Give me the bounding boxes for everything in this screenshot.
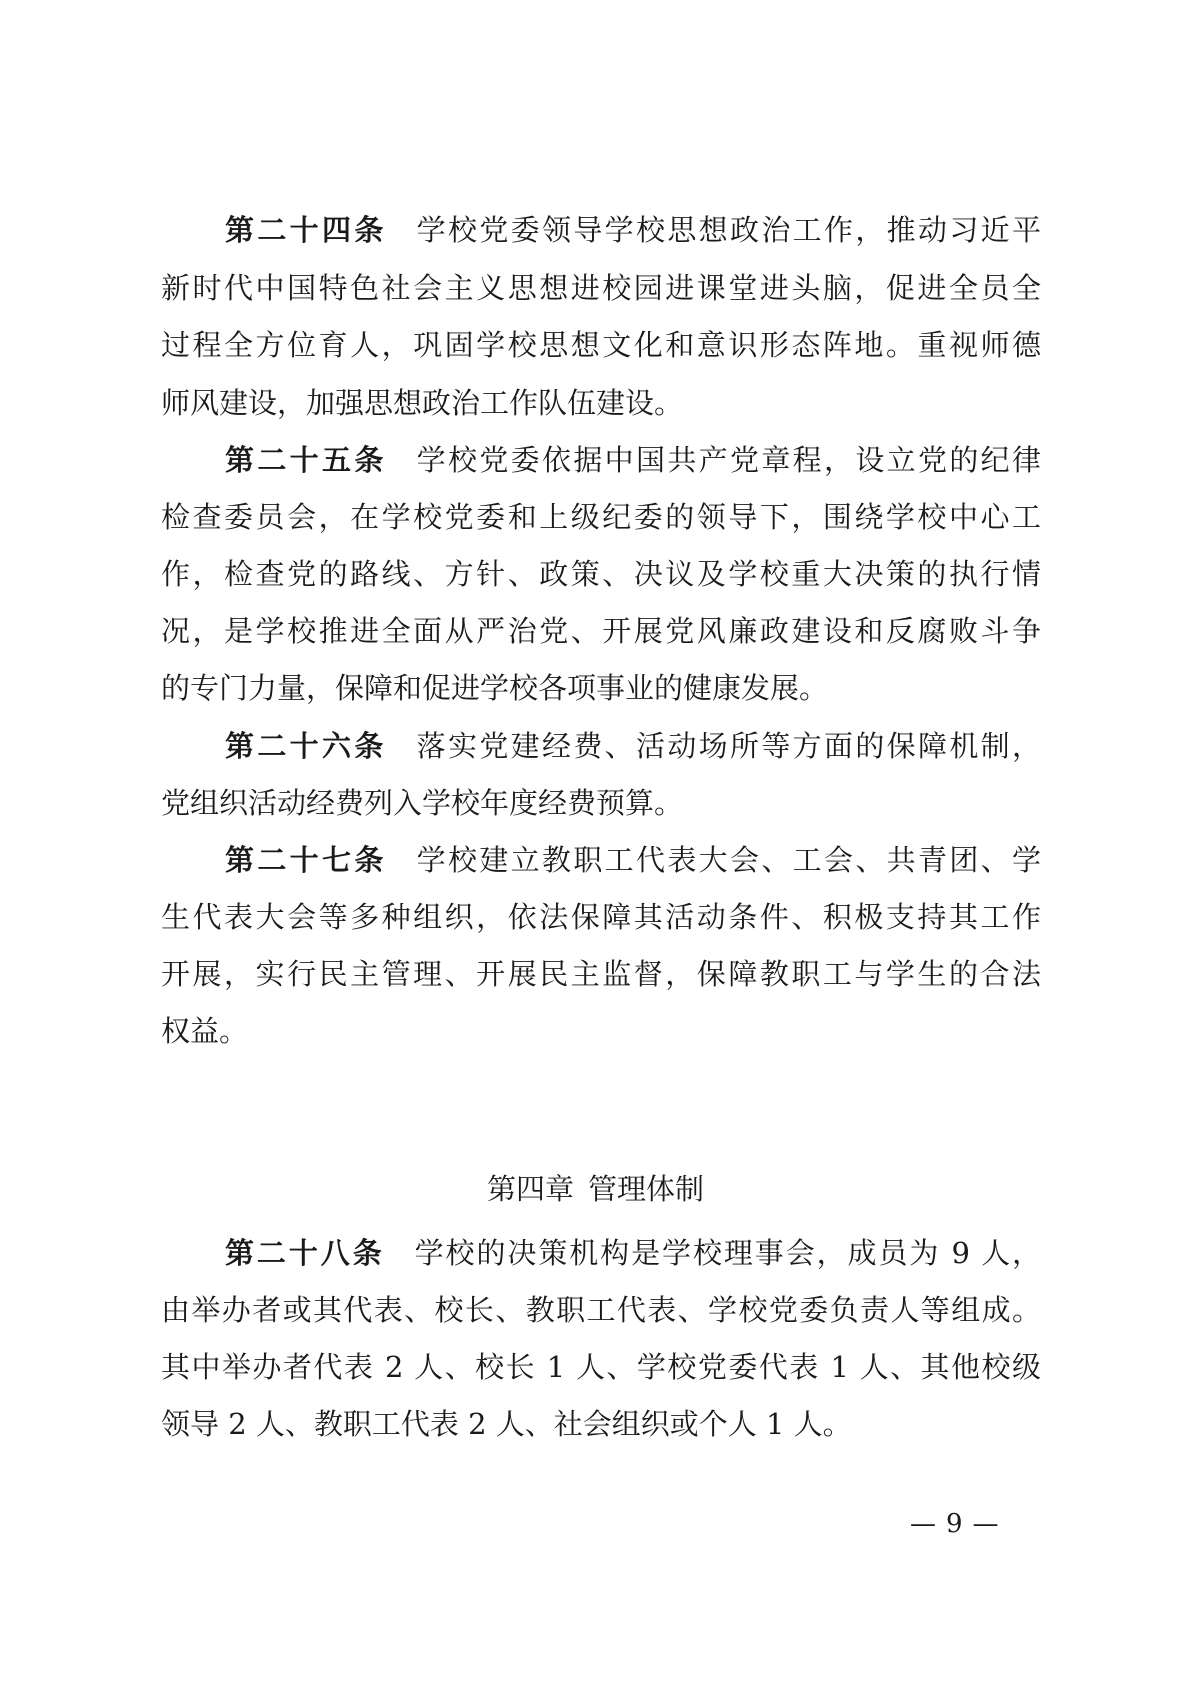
- article-heading: 第二十四条: [225, 213, 387, 247]
- page-number-dash-left: —: [910, 1509, 936, 1539]
- article-24-line-2: 新时代中国特色社会主义思想进校园进课堂进头脑，促进全员全: [161, 268, 1041, 308]
- article-heading: 第二十八条: [225, 1236, 385, 1270]
- article-24-line-4: 师风建设，加强思想政治工作队伍建设。: [161, 383, 1041, 423]
- article-text: 学校的决策机构是学校理事会，成员为 9 人，: [415, 1236, 1041, 1270]
- document-page: 第二十四条学校党委领导学校思想政治工作，推动习近平 新时代中国特色社会主义思想进…: [0, 0, 1191, 1684]
- article-27-line-1: 第二十七条学校建立教职工代表大会、工会、共青团、学: [225, 840, 1041, 880]
- article-27-line-4: 权益。: [161, 1011, 1041, 1051]
- page-number-value: 9: [946, 1509, 963, 1539]
- article-text: 学校党委依据中国共产党章程，设立党的纪律: [417, 443, 1041, 477]
- article-27-line-2: 生代表大会等多种组织，依法保障其活动条件、积极支持其工作: [161, 897, 1041, 937]
- article-25-line-5: 的专门力量，保障和促进学校各项事业的健康发展。: [161, 668, 1041, 708]
- article-26-line-1: 第二十六条落实党建经费、活动场所等方面的保障机制，: [225, 726, 1041, 766]
- chapter-number: 第四章: [487, 1172, 574, 1206]
- chapter-title: 第四章管理体制: [0, 1169, 1191, 1209]
- article-heading: 第二十七条: [225, 843, 387, 877]
- page-number: —9—: [910, 1506, 999, 1542]
- article-text: 学校建立教职工代表大会、工会、共青团、学: [417, 843, 1041, 877]
- article-24-line-1: 第二十四条学校党委领导学校思想政治工作，推动习近平: [225, 210, 1041, 250]
- article-text: 落实党建经费、活动场所等方面的保障机制，: [417, 729, 1041, 763]
- article-28-line-1: 第二十八条学校的决策机构是学校理事会，成员为 9 人，: [225, 1233, 1041, 1273]
- article-text: 学校党委领导学校思想政治工作，推动习近平: [417, 213, 1041, 247]
- article-25-line-3: 作，检查党的路线、方针、政策、决议及学校重大决策的执行情: [161, 554, 1041, 594]
- chapter-name: 管理体制: [588, 1172, 704, 1206]
- article-28-line-2: 由举办者或其代表、校长、教职工代表、学校党委负责人等组成。: [161, 1290, 1041, 1330]
- article-28-line-3: 其中举办者代表 2 人、校长 1 人、学校党委代表 1 人、其他校级: [161, 1347, 1041, 1387]
- page-number-dash-right: —: [973, 1509, 999, 1539]
- article-heading: 第二十六条: [225, 729, 387, 763]
- article-28-line-4: 领导 2 人、教职工代表 2 人、社会组织或个人 1 人。: [161, 1404, 1041, 1444]
- article-25-line-2: 检查委员会，在学校党委和上级纪委的领导下，围绕学校中心工: [161, 497, 1041, 537]
- article-25-line-1: 第二十五条学校党委依据中国共产党章程，设立党的纪律: [225, 440, 1041, 480]
- article-27-line-3: 开展，实行民主管理、开展民主监督，保障教职工与学生的合法: [161, 954, 1041, 994]
- article-24-line-3: 过程全方位育人，巩固学校思想文化和意识形态阵地。重视师德: [161, 325, 1041, 365]
- article-26-line-2: 党组织活动经费列入学校年度经费预算。: [161, 783, 1041, 823]
- article-heading: 第二十五条: [225, 443, 387, 477]
- article-25-line-4: 况，是学校推进全面从严治党、开展党风廉政建设和反腐败斗争: [161, 611, 1041, 651]
